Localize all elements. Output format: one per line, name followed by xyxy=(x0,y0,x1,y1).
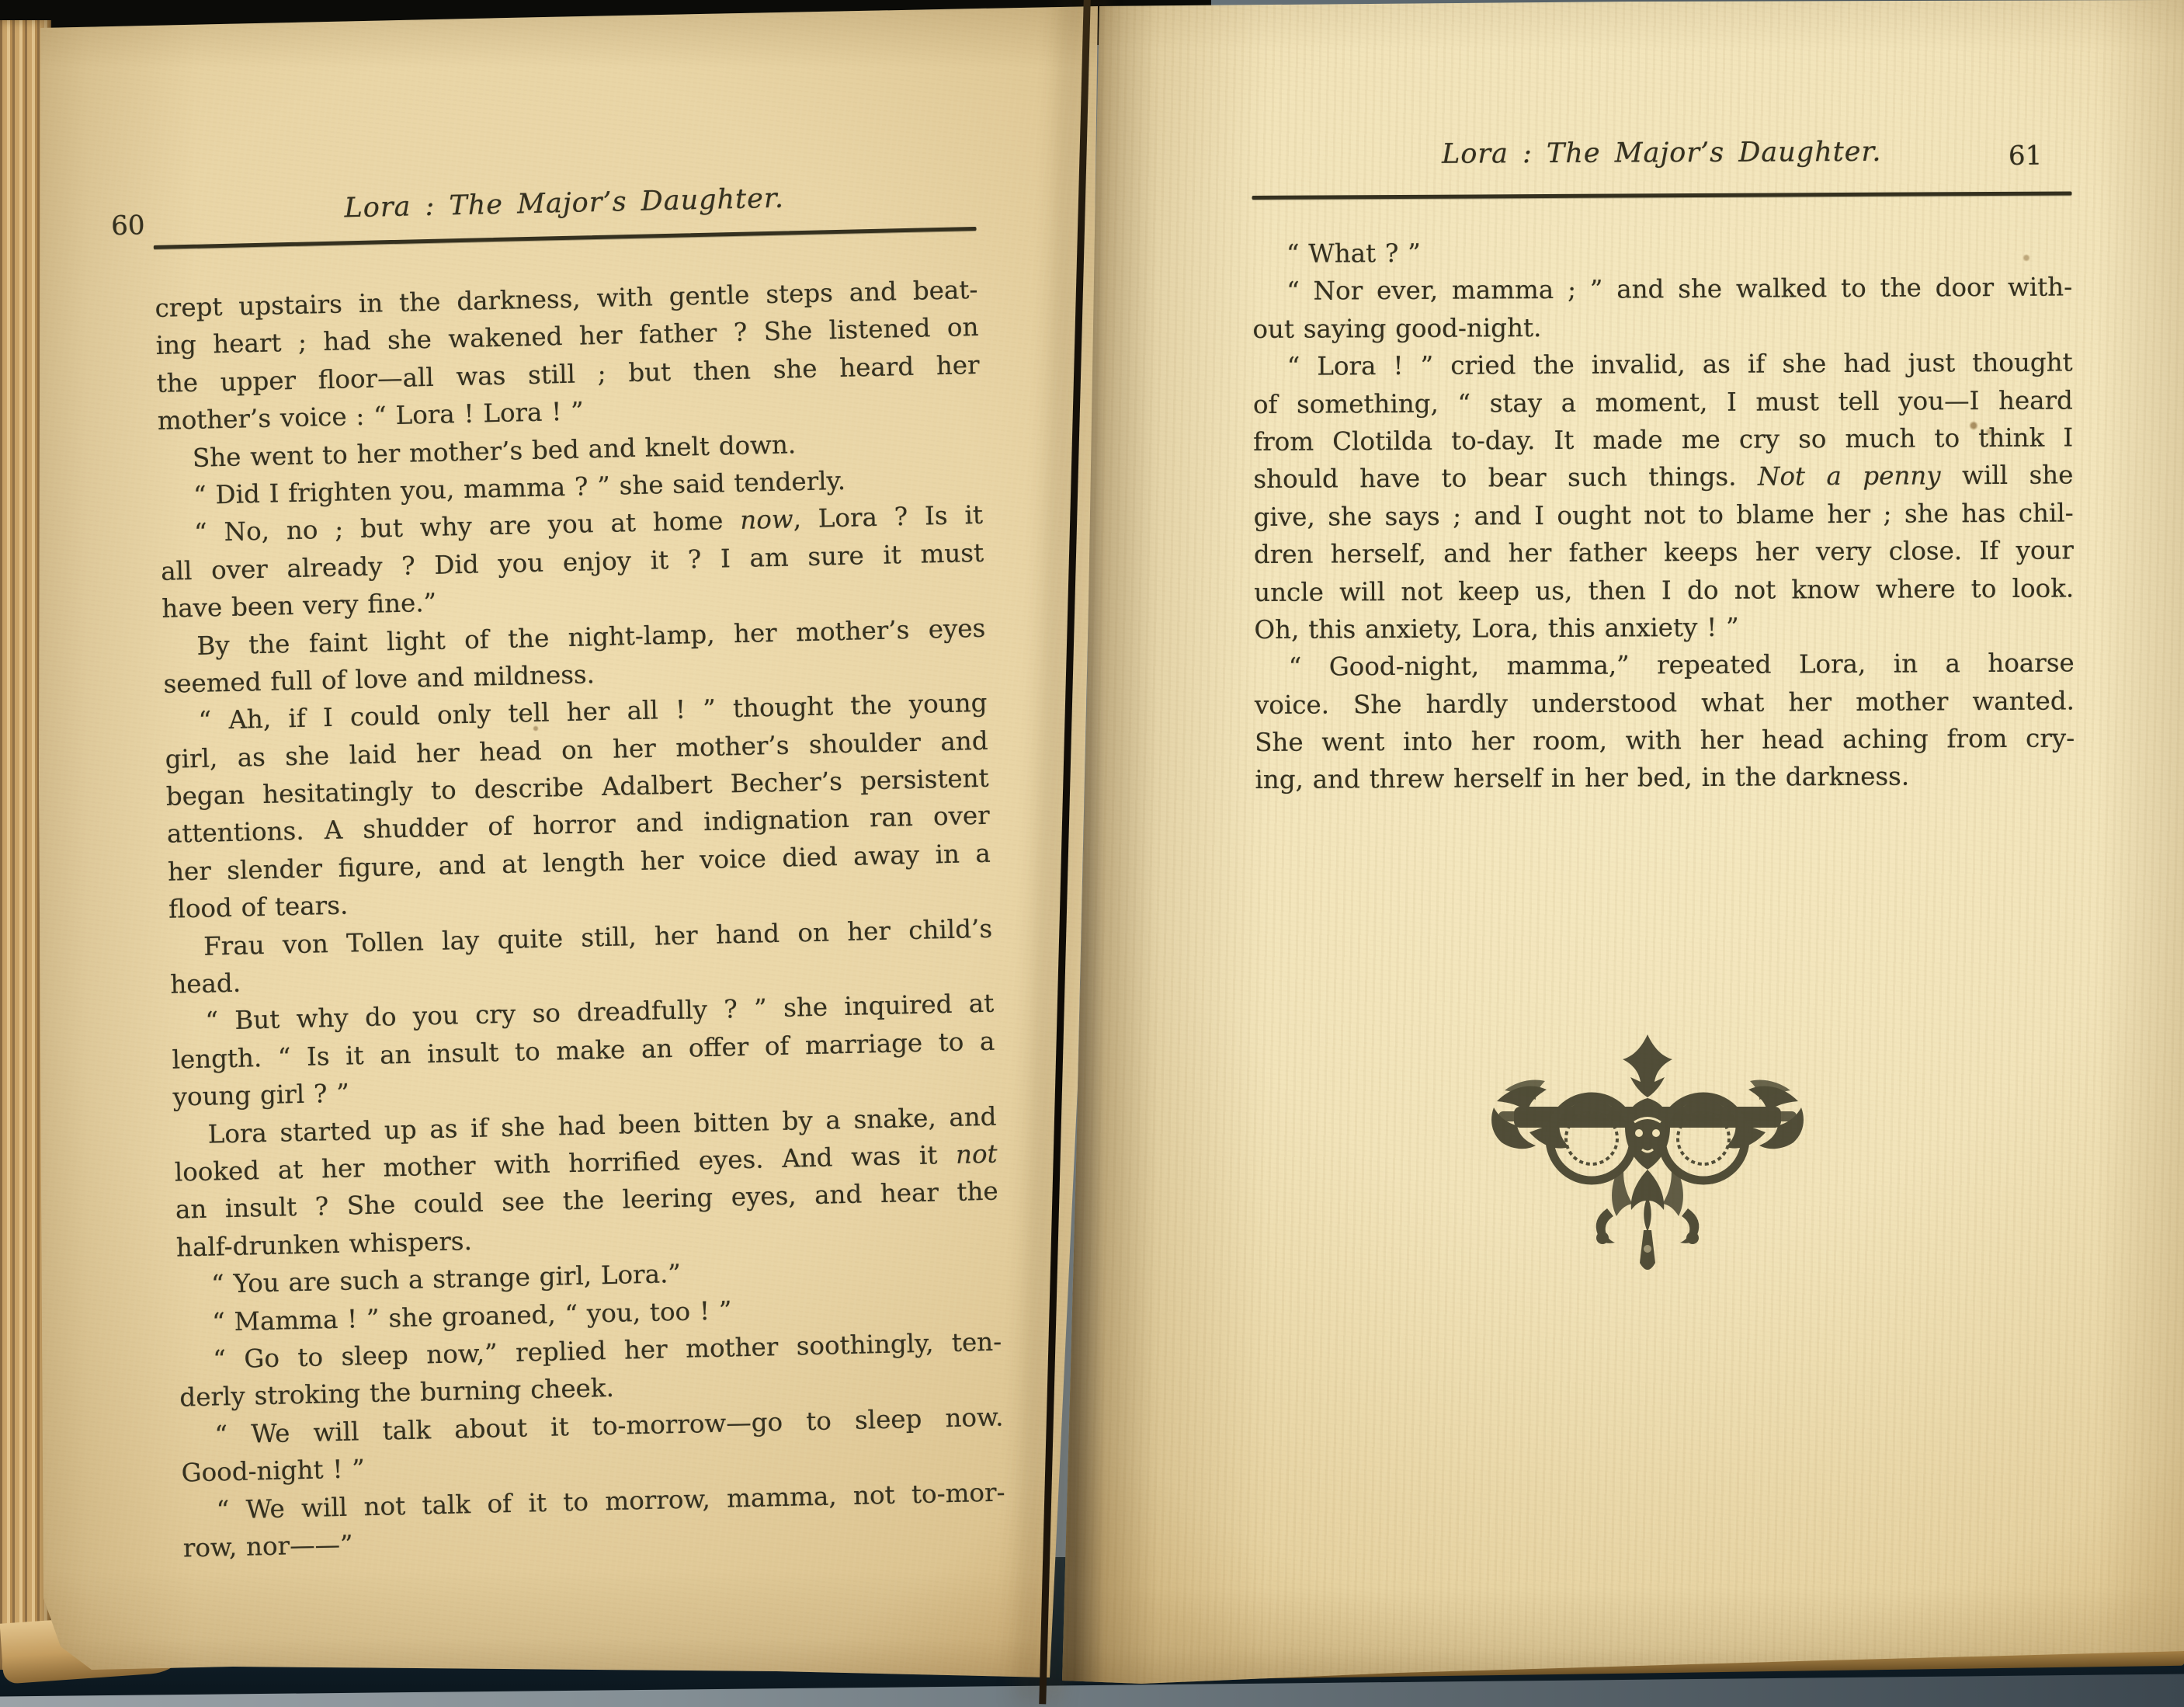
text-line: from Clotilda to-day. It made me cry so … xyxy=(1253,419,2073,461)
left-page-number: 60 xyxy=(111,210,145,242)
right-running-head: Lora : The Major’s Daughter. 61 xyxy=(1252,113,2072,196)
text-line: Oh, this anxiety, Lora, this anxiety ! ” xyxy=(1254,607,2074,648)
left-page-lines: crept upstairs in the darkness, with gen… xyxy=(155,271,1006,1567)
text-line: “ What ? ” xyxy=(1252,231,2072,273)
left-page-text: 60 Lora : The Major’s Daughter. crept up… xyxy=(152,166,1006,1567)
tailpiece-ornament xyxy=(1484,1016,1811,1280)
right-page-number: 61 xyxy=(2009,141,2042,172)
text-line: ing, and threw herself in her bed, in th… xyxy=(1255,757,2075,799)
text-line: “ Good-night, mamma,” repeated Lora, in … xyxy=(1255,645,2075,687)
open-book-photo: 60 Lora : The Major’s Daughter. crept up… xyxy=(0,0,2184,1707)
text-line: dren herself, and her father keeps her v… xyxy=(1254,532,2074,574)
text-line: of something, “ stay a moment, I must te… xyxy=(1253,381,2073,423)
right-page-text: Lora : The Major’s Daughter. 61 “ What ?… xyxy=(1252,113,2075,798)
text-line: She went into her room, with her head ac… xyxy=(1255,720,2075,762)
text-line: uncle will not keep us, then I do not kn… xyxy=(1254,569,2074,611)
text-line: voice. She hardly understood what her mo… xyxy=(1255,682,2075,724)
text-line: give, she says ; and I ought not to blam… xyxy=(1254,494,2074,536)
tailpiece-ornament-drawing xyxy=(1484,1016,1811,1280)
right-page-lines: “ What ? ”“ Nor ever, mamma ; ” and she … xyxy=(1252,231,2075,798)
right-running-title: Lora : The Major’s Daughter. xyxy=(1252,113,2071,171)
text-line: should have to bear such things. Not a p… xyxy=(1253,457,2073,499)
text-line: “ Nor ever, mamma ; ” and she walked to … xyxy=(1252,269,2072,311)
text-line: “ Lora ! ” cried the invalid, as if she … xyxy=(1253,344,2073,386)
text-line: out saying good-night. xyxy=(1252,306,2072,348)
